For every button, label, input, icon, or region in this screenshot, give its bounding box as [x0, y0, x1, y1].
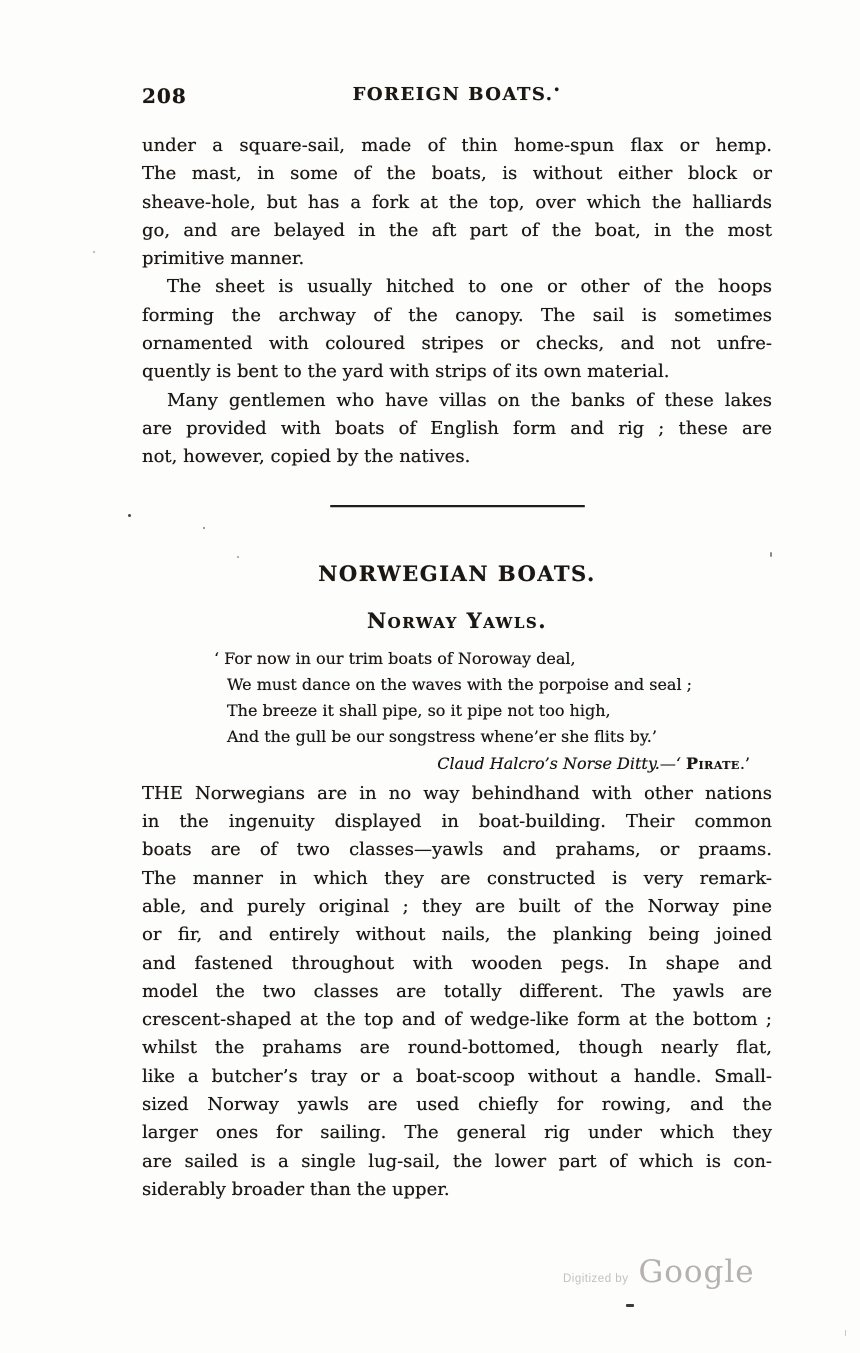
section-subheading: Norway Yawls.: [142, 608, 772, 634]
section-heading: NORWEGIAN BOATS.: [142, 561, 772, 587]
text-column: 208 FOREIGN BOATS.• under a square-sail,…: [142, 84, 772, 1204]
text-line: or fir, and entirely without nails, the …: [142, 921, 772, 949]
text-line: sized Norway yawls are used chiefly for …: [142, 1091, 772, 1119]
text-line: go, and are belayed in the aft part of t…: [142, 217, 772, 245]
scan-speck: [203, 527, 205, 529]
scan-speck: [626, 1304, 634, 1307]
text-line: quently is bent to the yard with strips …: [142, 358, 772, 386]
google-watermark: Digitized by Google: [563, 1254, 755, 1290]
book-page-scan: 208 FOREIGN BOATS.• under a square-sail,…: [0, 0, 860, 1353]
text-line: model the two classes are totally differ…: [142, 978, 772, 1006]
footnote-mark: •: [553, 85, 561, 96]
text-line: larger ones for sailing. The general rig…: [142, 1119, 772, 1147]
text-line: under a square-sail, made of thin home-s…: [142, 132, 772, 160]
text-line: are provided with boats of English form …: [142, 415, 772, 443]
text-line: The sheet is usually hitched to one or o…: [142, 273, 772, 301]
attribution-work: Claud Halcro’s Norse Ditty.—‘: [437, 754, 686, 773]
page-header: 208 FOREIGN BOATS.•: [142, 84, 772, 108]
scan-speck: [845, 1330, 846, 1336]
paragraph-3: Many gentlemen who have villas on the ba…: [142, 387, 772, 472]
verse-quote: ‘ For now in our trim boats of Noroway d…: [214, 646, 772, 751]
section-divider-rule: [330, 505, 585, 507]
attribution-source: Pirate: [686, 754, 740, 773]
scan-speck: [128, 514, 131, 517]
text-line: sheave-hole, but has a fork at the top, …: [142, 189, 772, 217]
text-line: crescent-shaped at the top and of wedge-…: [142, 1006, 772, 1034]
running-header: FOREIGN BOATS.•: [142, 84, 772, 105]
text-line: ornamented with coloured stripes or chec…: [142, 330, 772, 358]
paragraph-1: under a square-sail, made of thin home-s…: [142, 132, 772, 273]
text-line: ‘ For now in our trim boats of Noroway d…: [214, 646, 772, 672]
scan-speck: [770, 552, 772, 557]
text-line: in the ingenuity displayed in boat-build…: [142, 808, 772, 836]
text-line: forming the archway of the canopy. The s…: [142, 302, 772, 330]
text-line: The mast, in some of the boats, is witho…: [142, 160, 772, 188]
scan-speck: [93, 251, 95, 253]
text-line: siderably broader than the upper.: [142, 1176, 772, 1204]
google-logo: Google: [638, 1254, 754, 1290]
text-line: able, and purely original ; they are bui…: [142, 893, 772, 921]
running-header-text: FOREIGN BOATS.: [353, 84, 554, 105]
text-line: The breeze it shall pipe, so it pipe not…: [214, 698, 772, 724]
watermark-prefix: Digitized by: [563, 1273, 628, 1285]
text-line: THE Norwegians are in no way behindhand …: [142, 780, 772, 808]
text-line: like a butcher’s tray or a boat-scoop wi…: [142, 1063, 772, 1091]
text-line: whilst the prahams are round-bottomed, t…: [142, 1034, 772, 1062]
text-line: The manner in which they are constructed…: [142, 865, 772, 893]
text-line: boats are of two classes—yawls and praha…: [142, 836, 772, 864]
verse-attribution: Claud Halcro’s Norse Ditty.—‘ Pirate.’: [142, 751, 772, 777]
text-line: are sailed is a single lug-sail, the low…: [142, 1148, 772, 1176]
text-line: not, however, copied by the natives.: [142, 443, 772, 471]
text-line: And the gull be our songstress whene’er …: [214, 724, 772, 750]
body-text: under a square-sail, made of thin home-s…: [142, 132, 772, 472]
text-line: Many gentlemen who have villas on the ba…: [142, 387, 772, 415]
text-line: primitive manner.: [142, 245, 772, 273]
text-line: We must dance on the waves with the porp…: [214, 672, 772, 698]
text-line: and fastened throughout with wooden pegs…: [142, 950, 772, 978]
main-paragraph: THE Norwegians are in no way behindhand …: [142, 780, 772, 1204]
attribution-suffix: .’: [740, 754, 750, 773]
page-number: 208: [142, 84, 187, 108]
scan-speck: [237, 556, 239, 558]
paragraph-2: The sheet is usually hitched to one or o…: [142, 273, 772, 386]
